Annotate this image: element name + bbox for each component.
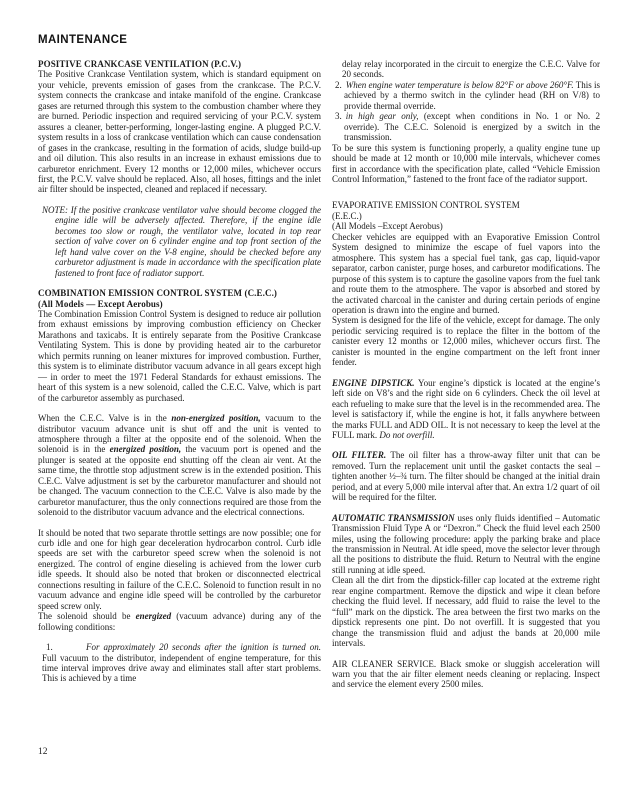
text-run: System is designed for the life of the v… <box>332 315 600 367</box>
note-paragraph: NOTE: If the positive crankcase ventilat… <box>55 205 321 278</box>
text-run: in high gear only, <box>346 111 419 121</box>
text-run: For approximately 20 seconds after the i… <box>86 642 321 652</box>
list-number: 1. <box>42 642 86 652</box>
text-run: ENGINE DIPSTICK. <box>332 378 415 388</box>
list-number: 3. <box>335 111 342 121</box>
text-run: EVAPORATIVE EMISSION CONTROL SYSTEM <box>332 200 520 210</box>
text-run: The solenoid should be <box>38 611 136 621</box>
manual-page: MAINTENANCE POSITIVE CRANKCASE VENTILATI… <box>0 0 618 800</box>
page-number: 12 <box>38 747 48 757</box>
list-item-3: 3.in high gear only, (except when condit… <box>344 111 600 142</box>
paragraph-tune-up: To be sure this system is functioning pr… <box>332 143 600 185</box>
text-run: OIL FILTER. <box>332 450 386 460</box>
paragraph-eec-2: System is designed for the life of the v… <box>332 315 600 367</box>
text-run: (All Models — Except Aerobus) <box>38 299 163 309</box>
section-heading-pcv: POSITIVE CRANKCASE VENTILATION (P.C.V.) <box>38 59 321 69</box>
paragraph-automatic-transmission: AUTOMATIC TRANSMISSION uses only fluids … <box>332 513 600 576</box>
two-column-layout: POSITIVE CRANKCASE VENTILATION (P.C.V.)T… <box>38 59 600 690</box>
section-subheading-eec: (All Models –Except Aerobus) <box>332 221 600 231</box>
right-column: delay relay incorporated in the circuit … <box>332 59 600 690</box>
page-title: MAINTENANCE <box>38 34 600 46</box>
list-number: 2. <box>335 80 342 90</box>
section-heading-eec: EVAPORATIVE EMISSION CONTROL SYSTEM <box>332 200 600 210</box>
text-run: The Combination Emission Control System … <box>38 309 321 403</box>
paragraph-eec-1: Checker vehicles are equipped with an Ev… <box>332 232 600 316</box>
text-run: POSITIVE CRANKCASE VENTILATION (P.C.V.) <box>38 59 241 69</box>
text-run: NOTE: If the positive crankcase ventilat… <box>42 205 321 278</box>
text-run: delay relay incorporated in the circuit … <box>342 59 600 79</box>
text-run: To be sure this system is functioning pr… <box>332 143 600 184</box>
text-run: Clean all the dirt from the dipstick-fil… <box>332 575 600 648</box>
paragraph-cec-2: When the C.E.C. Valve is in the non-ener… <box>38 413 321 518</box>
paragraph-cec-1: The Combination Emission Control System … <box>38 309 321 403</box>
text-run: Full vacuum to the distributor, independ… <box>42 653 321 684</box>
text-run: non-energized position, <box>171 413 260 423</box>
text-run: AIR CLEANER SERVICE. Black smoke or slug… <box>332 659 600 690</box>
text-run: (All Models –Except Aerobus) <box>332 221 443 231</box>
section-subheading-cec: (All Models — Except Aerobus) <box>38 299 321 309</box>
section-heading-eec-abbrev: (E.E.C.) <box>332 211 600 221</box>
text-run: energized <box>136 611 172 621</box>
text-run: Do not overfill. <box>379 430 434 440</box>
paragraph-cec-3: It should be noted that two separate thr… <box>38 528 321 612</box>
text-run: Checker vehicles are equipped with an Ev… <box>332 232 600 315</box>
text-run: It should be noted that two separate thr… <box>38 528 321 611</box>
paragraph-solenoid-conditions: The solenoid should be energized (vacuum… <box>38 611 321 632</box>
text-run: energized position, <box>110 444 182 454</box>
text-run: When engine water temperature is below 8… <box>346 80 574 90</box>
paragraph-engine-dipstick: ENGINE DIPSTICK. Your engine’s dipstick … <box>332 378 600 441</box>
text-run: the vacuum port is opened and the plunge… <box>38 444 321 517</box>
paragraph-air-cleaner: AIR CLEANER SERVICE. Black smoke or slug… <box>332 659 600 690</box>
list-item-1: 1.For approximately 20 seconds after the… <box>42 642 321 684</box>
list-item-2: 2.When engine water temperature is below… <box>344 80 600 111</box>
list-item-1-continuation: delay relay incorporated in the circuit … <box>342 59 600 80</box>
text-run: (E.E.C.) <box>332 211 362 221</box>
section-heading-cec: COMBINATION EMISSION CONTROL SYSTEM (C.E… <box>38 288 321 298</box>
text-run: When the C.E.C. Valve is in the <box>38 413 171 423</box>
text-run: COMBINATION EMISSION CONTROL SYSTEM (C.E… <box>38 288 277 298</box>
paragraph-dipstick-filler: Clean all the dirt from the dipstick-fil… <box>332 575 600 648</box>
text-run: The Positive Crankcase Ventilation syste… <box>38 69 321 194</box>
text-run: AUTOMATIC TRANSMISSION <box>332 513 455 523</box>
left-column: POSITIVE CRANKCASE VENTILATION (P.C.V.)T… <box>38 59 321 684</box>
paragraph-pcv: The Positive Crankcase Ventilation syste… <box>38 69 321 194</box>
paragraph-oil-filter: OIL FILTER. The oil filter has a throw-a… <box>332 450 600 502</box>
